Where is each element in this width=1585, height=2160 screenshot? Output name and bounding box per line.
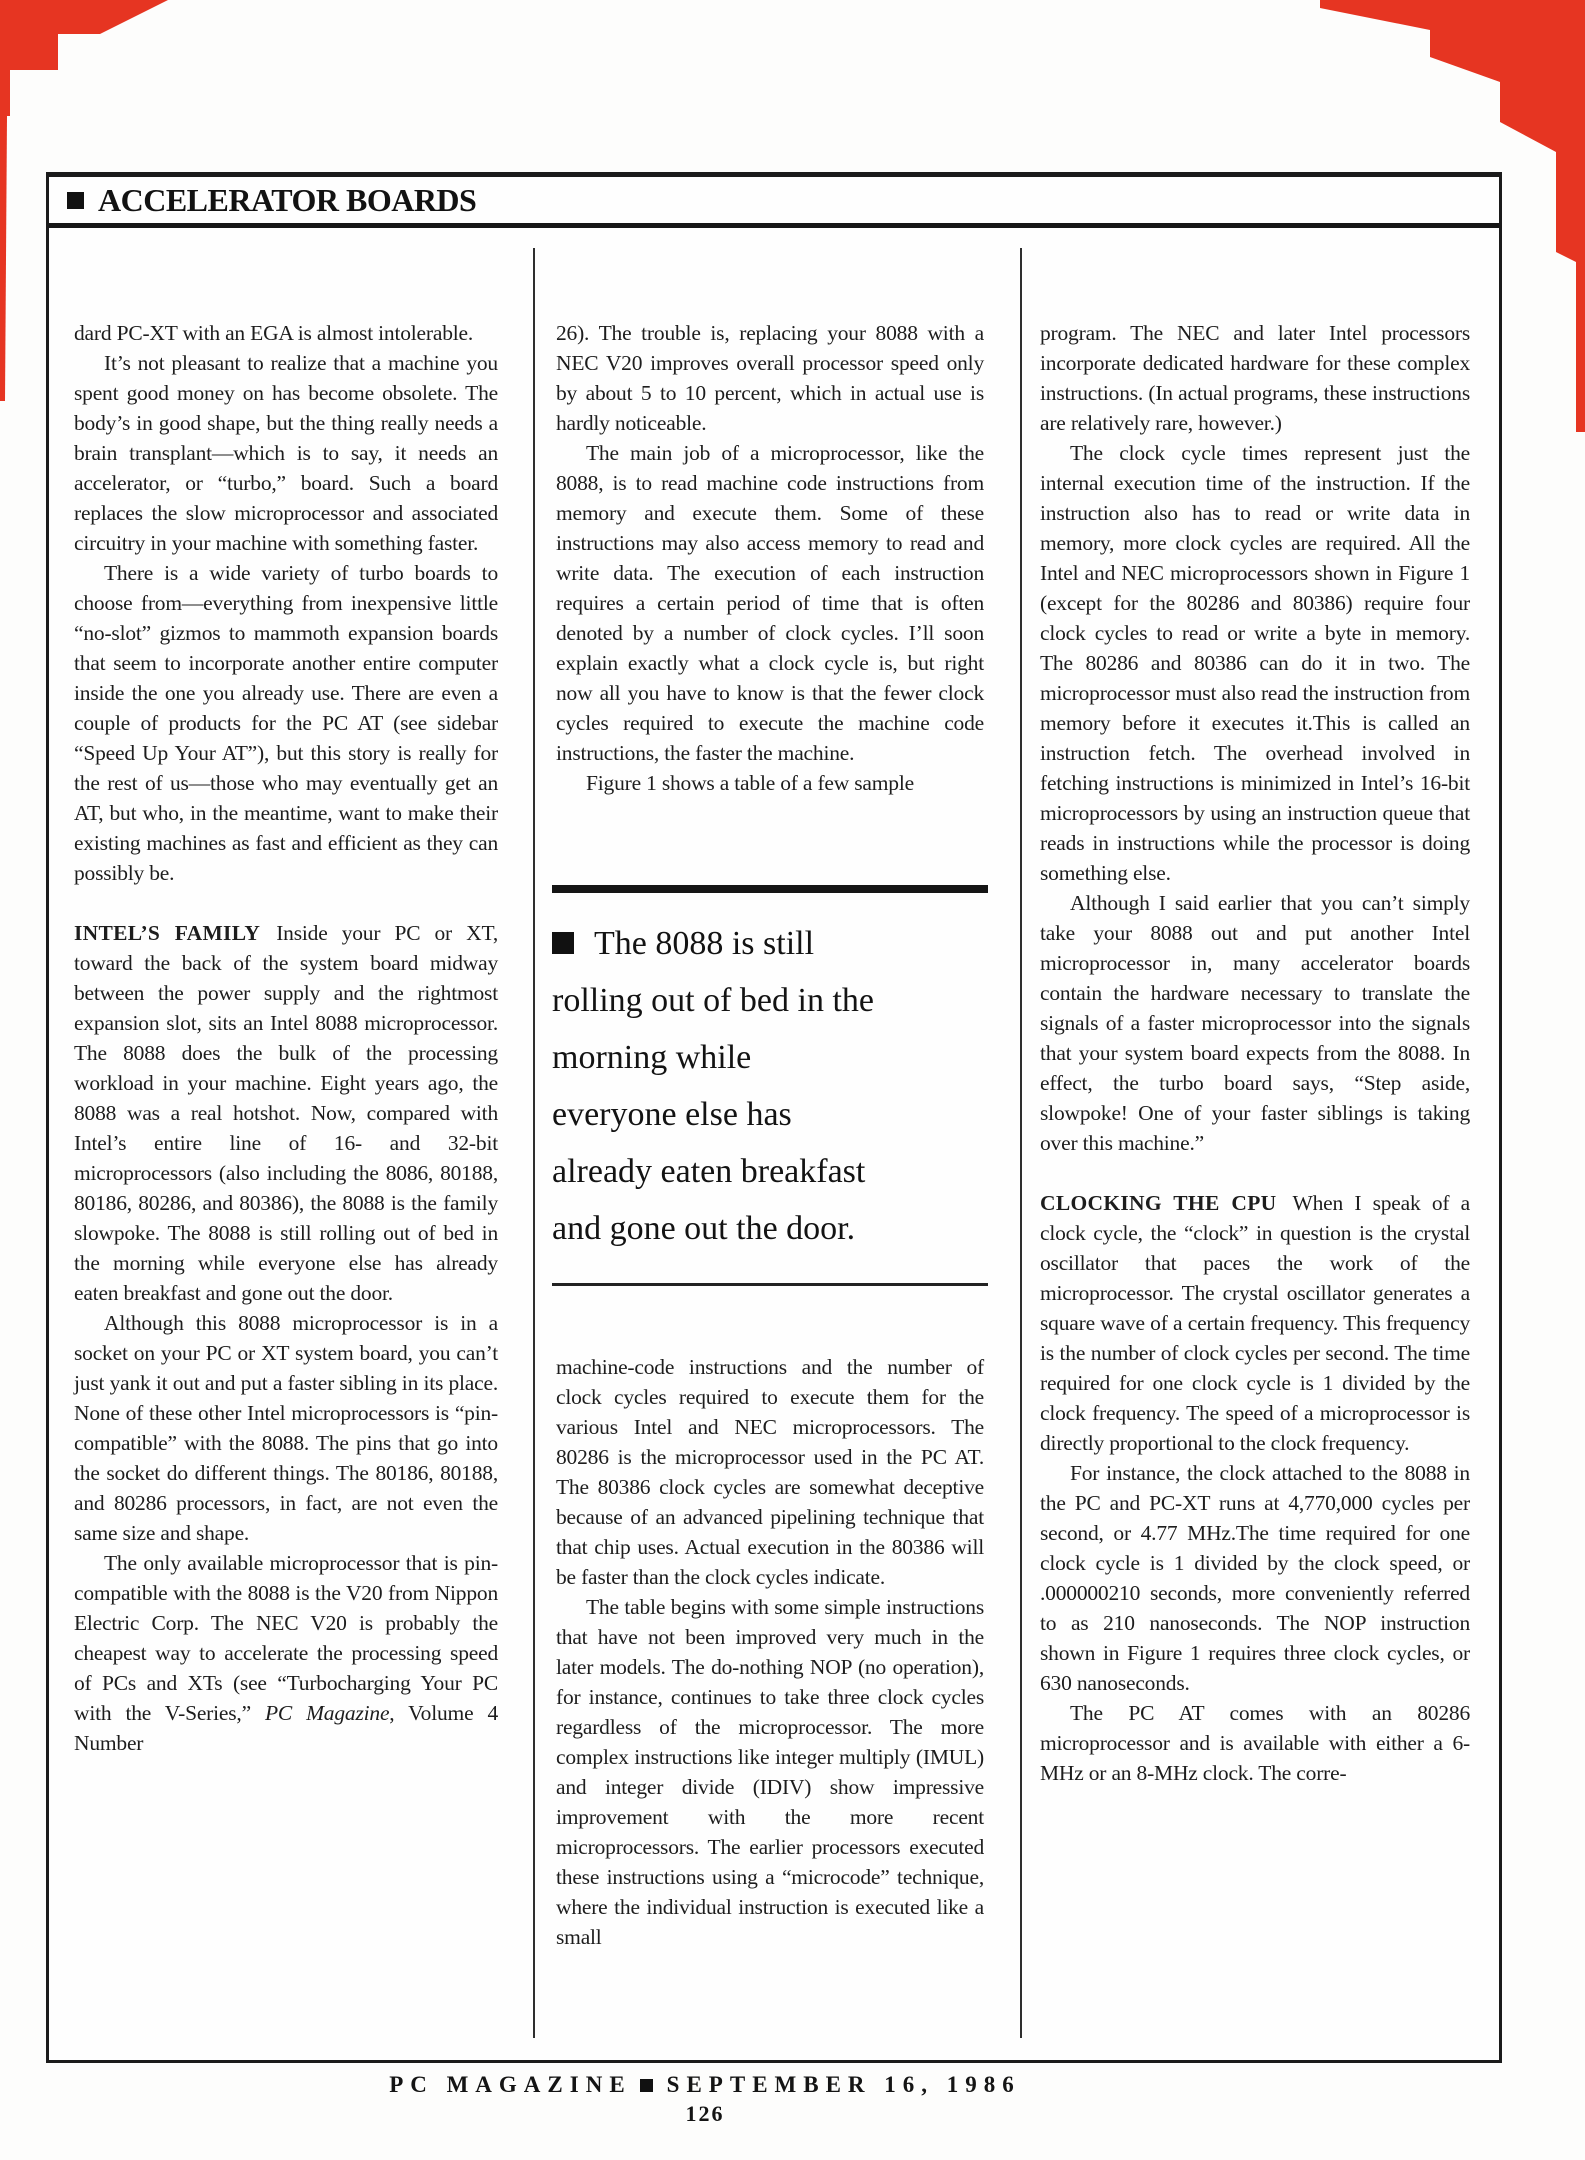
column-rule-2 (1020, 248, 1022, 2038)
pull-quote-rule-top (552, 885, 988, 893)
paragraph: Although I said earlier that you can’t s… (1040, 888, 1470, 1158)
pull-quote-line: morning while (552, 1029, 988, 1086)
paragraph: Figure 1 shows a table of a few sample (556, 768, 984, 798)
paragraph: Although this 8088 microprocessor is in … (74, 1308, 498, 1548)
page-footer: PC MAGAZINESEPTEMBER 16, 1986 126 (355, 2072, 1055, 2127)
paragraph-text: The only available microprocessor that i… (74, 1551, 498, 1725)
section-masthead: ACCELERATOR BOARDS (49, 177, 1499, 228)
paragraph: dard PC-XT with an EGA is almost intoler… (74, 318, 498, 348)
section-paragraph: CLOCKING THE CPUWhen I speak of a clock … (1040, 1188, 1470, 1458)
section-heading: INTEL’S FAMILY (74, 921, 276, 945)
pull-quote-text: The 8088 is still rolling out of bed in … (552, 893, 988, 1257)
section-title: ACCELERATOR BOARDS (98, 182, 476, 219)
pull-quote-line: rolling out of bed in the (552, 972, 988, 1029)
pull-quote-rule-bottom (552, 1283, 988, 1286)
article-column-3: program. The NEC and later Intel process… (1040, 318, 1470, 1788)
page-number: 126 (355, 2101, 1055, 2127)
scan-edge-top-left (0, 0, 170, 116)
square-bullet-icon (552, 932, 574, 954)
section-heading: CLOCKING THE CPU (1040, 1191, 1292, 1215)
paragraph: 26). The trouble is, replacing your 8088… (556, 318, 984, 438)
magazine-page-scan: { "colors": { "accent_red": "#e63522", "… (0, 0, 1585, 2160)
paragraph-text: Inside your PC or XT, toward the back of… (74, 921, 498, 1305)
paragraph: The table begins with some simple instru… (556, 1592, 984, 1952)
square-bullet-icon (640, 2079, 653, 2092)
article-column-2-lower: machine-code instructions and the number… (556, 1352, 984, 1952)
italic-citation: PC Magazine (265, 1701, 389, 1725)
paragraph: For instance, the clock attached to the … (1040, 1458, 1470, 1698)
paragraph: machine-code instructions and the number… (556, 1352, 984, 1592)
footer-line: PC MAGAZINESEPTEMBER 16, 1986 (355, 2072, 1055, 2098)
magazine-name: PC MAGAZINE (389, 2072, 631, 2097)
paragraph: program. The NEC and later Intel process… (1040, 318, 1470, 438)
section-paragraph: INTEL’S FAMILYInside your PC or XT, towa… (74, 918, 498, 1308)
pull-quote: The 8088 is still rolling out of bed in … (552, 885, 988, 1286)
paragraph-text: When I speak of a clock cycle, the “cloc… (1040, 1191, 1470, 1455)
article-column-2-upper: 26). The trouble is, replacing your 8088… (556, 318, 984, 798)
paragraph: The clock cycle times represent just the… (1040, 438, 1470, 888)
pull-quote-line: already eaten breakfast (552, 1143, 988, 1200)
paragraph: The main job of a microprocessor, like t… (556, 438, 984, 768)
paragraph: The only available microprocessor that i… (74, 1548, 498, 1758)
paragraph: There is a wide variety of turbo boards … (74, 558, 498, 888)
column-rule-1 (533, 248, 535, 2038)
pull-quote-line: The 8088 is still (552, 915, 988, 972)
pull-quote-line: everyone else has (552, 1086, 988, 1143)
article-column-1: dard PC-XT with an EGA is almost intoler… (74, 318, 498, 1758)
square-bullet-icon (67, 192, 84, 209)
pull-quote-line: and gone out the door. (552, 1200, 988, 1257)
pull-quote-line-text: The 8088 is still (594, 925, 814, 962)
scan-edge-left (0, 116, 7, 401)
issue-date: SEPTEMBER 16, 1986 (667, 2072, 1021, 2097)
paragraph: It’s not pleasant to realize that a mach… (74, 348, 498, 558)
paragraph: The PC AT comes with an 80286 microproce… (1040, 1698, 1470, 1788)
